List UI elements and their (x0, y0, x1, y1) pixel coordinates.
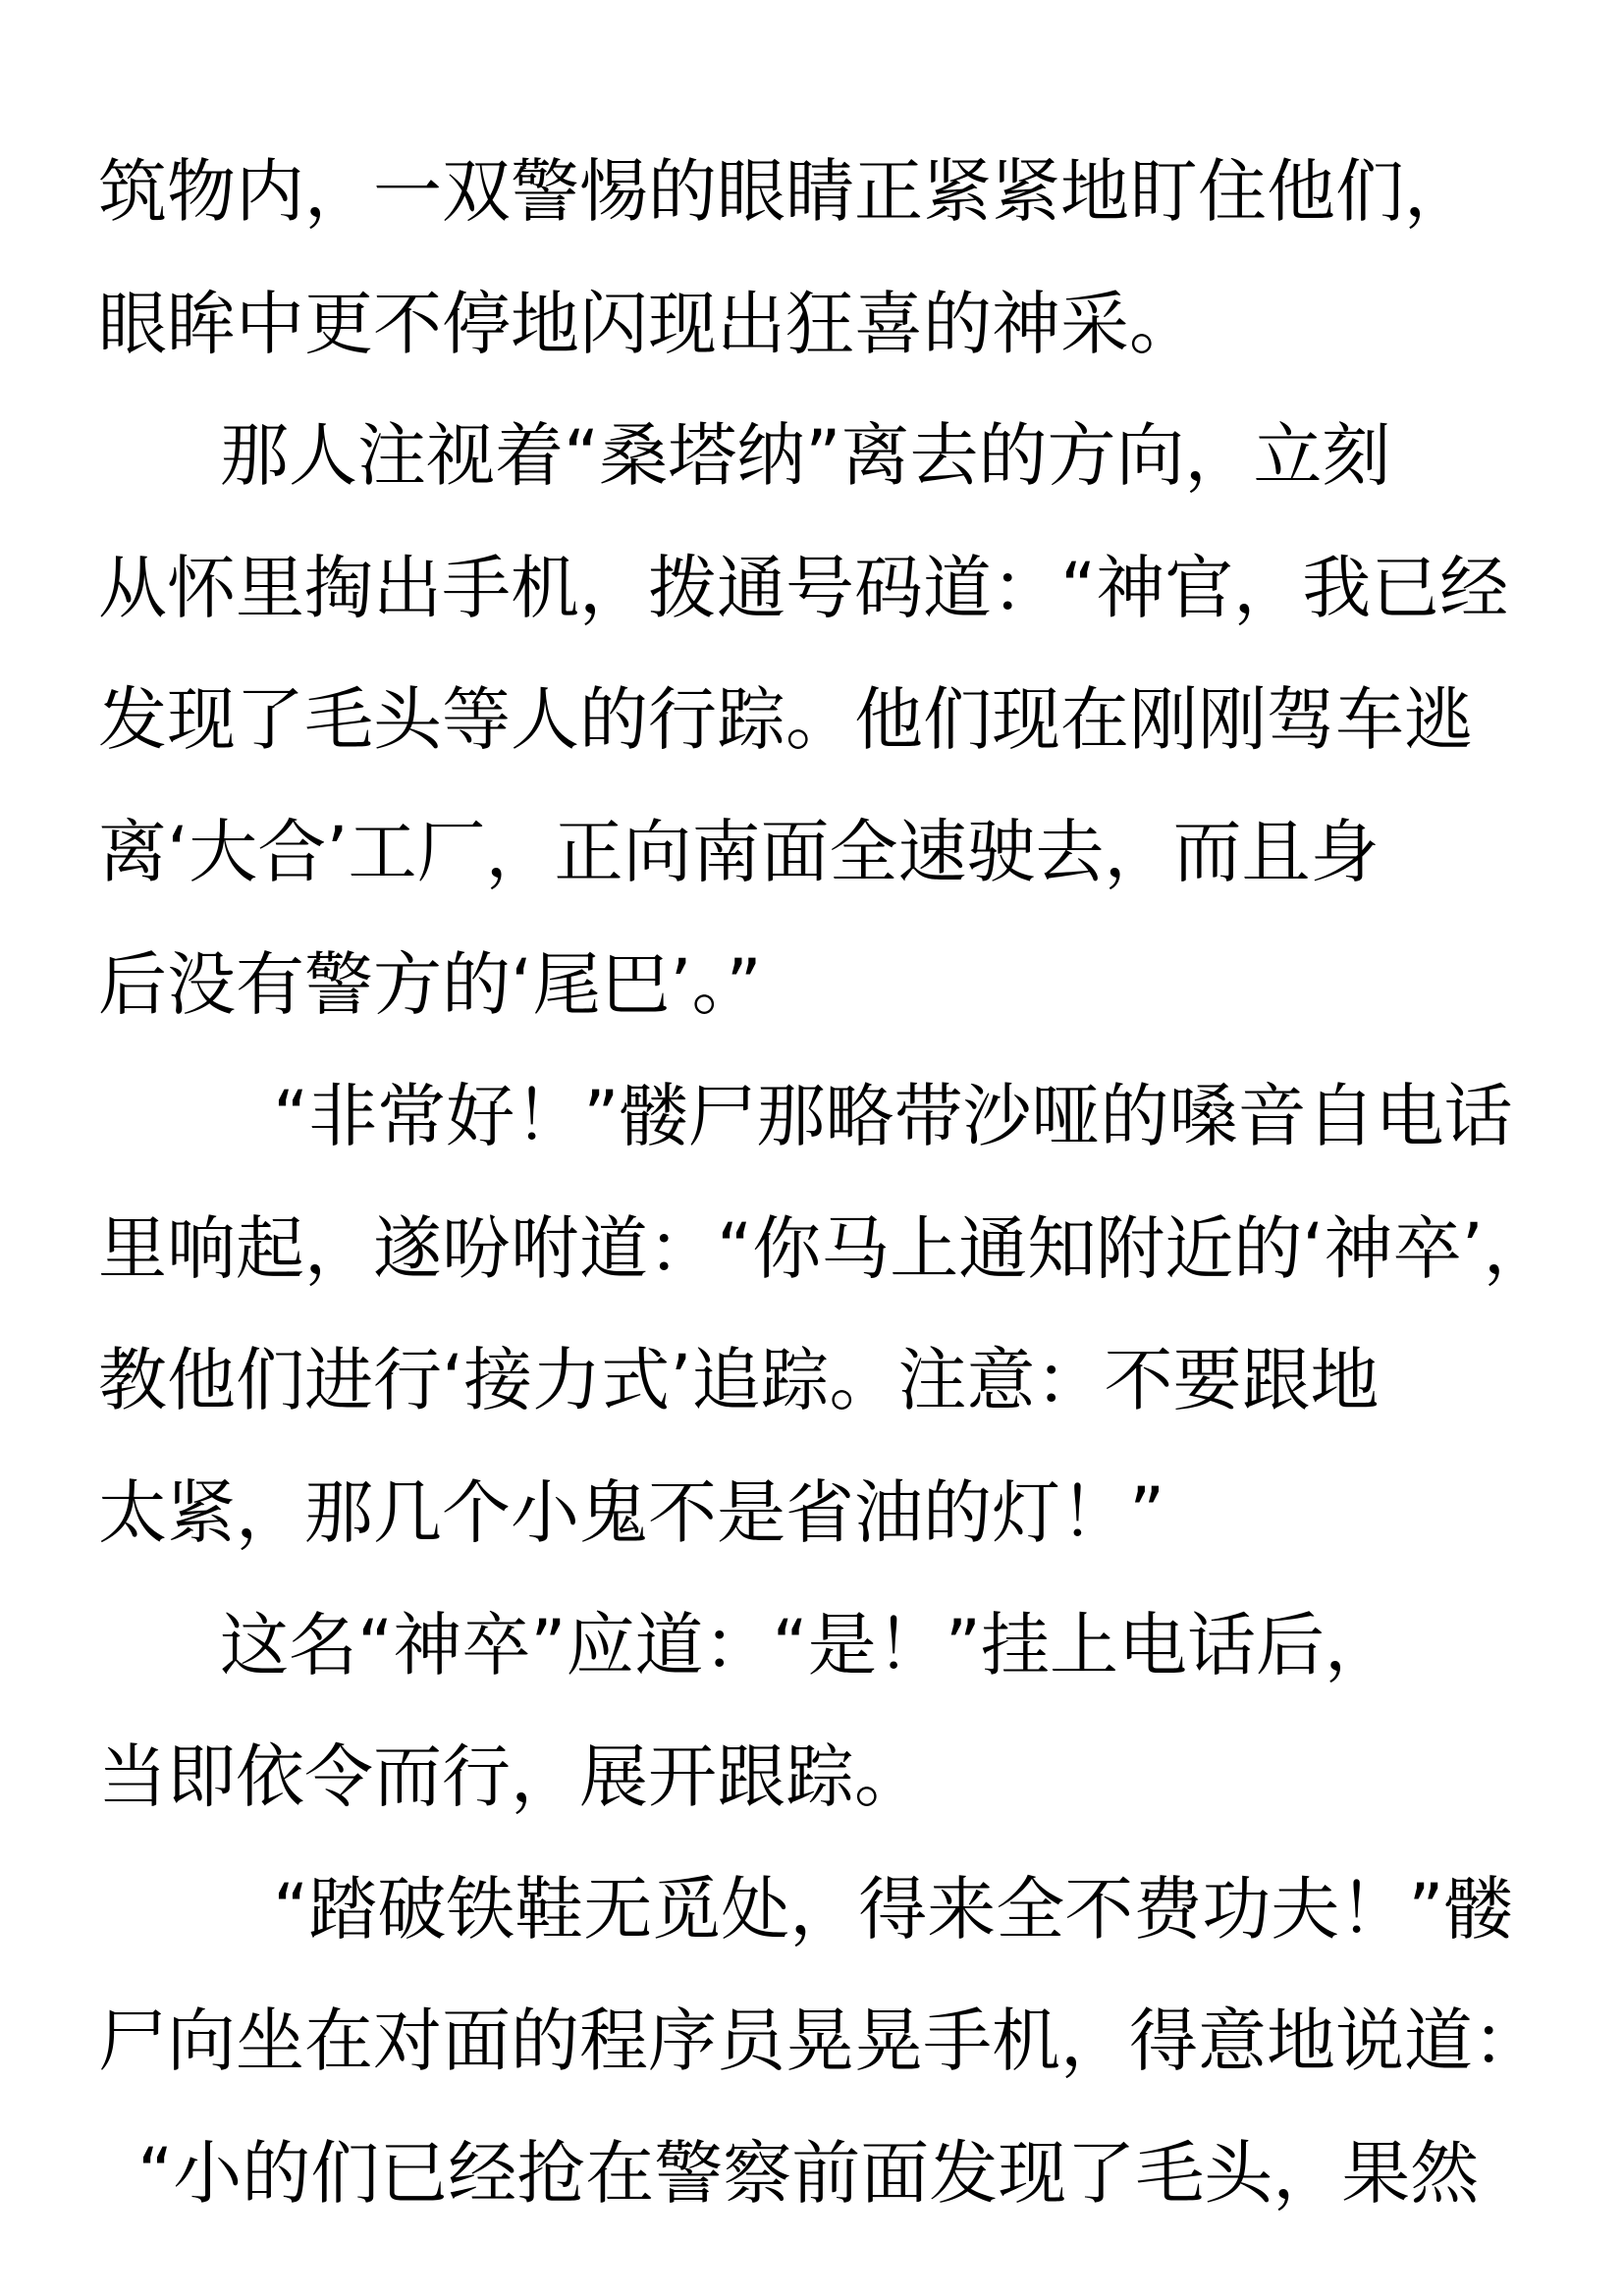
text-line: 筑物内，一双警惕的眼睛正紧紧地盯住他们， (98, 126, 1542, 258)
text-line: 发现了毛头等人的行踪。他们现在刚刚驾车逃 (98, 654, 1542, 786)
paragraph: 那人注视着“桑塔纳”离去的方向，立刻 从怀里掏出手机，拨通号码道：“神官，我已经… (98, 390, 1542, 1050)
text-line: 离‘大合’工厂，正向南面全速驶去，而且身 (98, 786, 1542, 919)
text-line: 从怀里掏出手机，拨通号码道：“神官，我已经 (98, 522, 1542, 655)
paragraph: “踏破铁鞋无觅处，得来全不费功夫！”髅 尸向坐在对面的程序员晃晃手机，得意地说道… (98, 1843, 1542, 2240)
text-line: “非常好！”髅尸那略带沙哑的嗓音自电话 (98, 1050, 1542, 1183)
text-line: 尸向坐在对面的程序员晃晃手机，得意地说道： (98, 1975, 1542, 2108)
text-line: 里响起，遂吩咐道：“你马上通知附近的‘神卒’， (98, 1183, 1542, 1315)
paragraph: 这名“神卒”应道：“是！”挂上电话后， 当即依令而行，展开跟踪。 (98, 1579, 1542, 1843)
text-line: 这名“神卒”应道：“是！”挂上电话后， (98, 1579, 1542, 1712)
text-line: 当即依令而行，展开跟踪。 (98, 1711, 1542, 1843)
text-line: 那人注视着“桑塔纳”离去的方向，立刻 (98, 390, 1542, 522)
text-line: 教他们进行‘接力式’追踪。注意：不要跟地 (98, 1314, 1542, 1447)
paragraph: 筑物内，一双警惕的眼睛正紧紧地盯住他们， 眼眸中更不停地闪现出狂喜的神采。 (98, 126, 1542, 390)
document-page: 筑物内，一双警惕的眼睛正紧紧地盯住他们， 眼眸中更不停地闪现出狂喜的神采。 那人… (98, 126, 1542, 2240)
text-line: 太紧，那几个小鬼不是省油的灯！” (98, 1447, 1542, 1579)
paragraph: “非常好！”髅尸那略带沙哑的嗓音自电话 里响起，遂吩咐道：“你马上通知附近的‘神… (98, 1050, 1542, 1578)
text-line: 眼眸中更不停地闪现出狂喜的神采。 (98, 258, 1542, 391)
text-line: “小的们已经抢在警察前面发现了毛头，果然 (98, 2108, 1542, 2240)
text-line: 后没有警方的‘尾巴’。” (98, 919, 1542, 1051)
text-line: “踏破铁鞋无觅处，得来全不费功夫！”髅 (98, 1843, 1542, 1976)
